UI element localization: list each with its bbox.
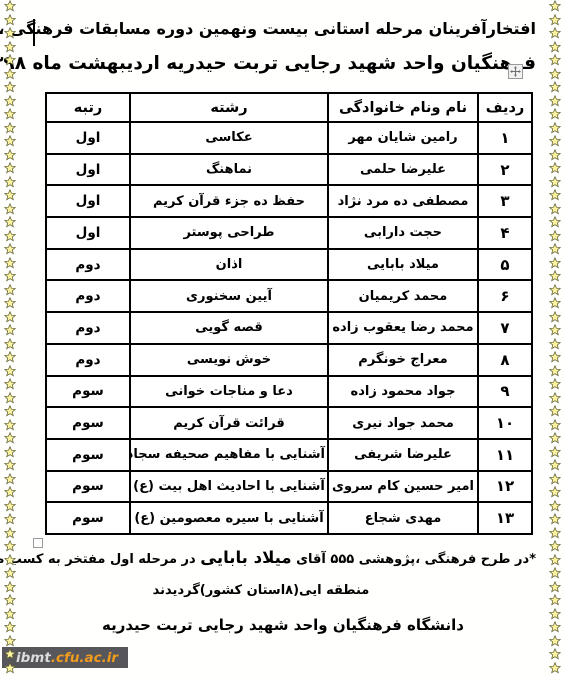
cell-rank: سوم — [46, 407, 130, 439]
star-icon — [549, 176, 561, 190]
table-row: ۱۱علیرضا شریفیآشنایی با مفاهیم صحیفه سجا… — [46, 439, 532, 471]
star-icon — [4, 419, 16, 433]
star-icon — [549, 540, 561, 554]
cell-rank: اول — [46, 217, 130, 249]
star-icon — [4, 0, 16, 14]
star-icon — [549, 459, 561, 473]
cell-rank: دوم — [46, 312, 130, 344]
star-icon — [549, 500, 561, 514]
star-icon — [4, 122, 16, 136]
star-icon — [4, 68, 16, 82]
star-icon — [4, 392, 16, 406]
star-icon — [4, 95, 16, 109]
cell-name: مصطفی ده مرد نژاد — [328, 185, 478, 217]
cell-field: آیین سخنوری — [130, 280, 328, 312]
star-icon — [549, 392, 561, 406]
cell-rank: دوم — [46, 280, 130, 312]
cell-rank: اول — [46, 154, 130, 186]
cell-rank: سوم — [46, 502, 130, 534]
cell-field: آشنایی با مفاهیم صحیفه سجادیه — [130, 439, 328, 471]
document-page: { "header": { "line1": "افتخارآفرینان مر… — [0, 0, 566, 677]
star-icon — [549, 567, 561, 581]
star-icon — [4, 446, 16, 460]
table-row: ۷محمد رضا یعقوب زادهقصه گوییدوم — [46, 312, 532, 344]
cell-row: ۱۰ — [478, 407, 532, 439]
star-icon — [549, 95, 561, 109]
cell-field: عکاسی — [130, 122, 328, 154]
star-icon — [4, 338, 16, 352]
cell-field: آشنایی با احادیث اهل بیت (ع) — [130, 471, 328, 503]
table-row: ۵میلاد باباییاذاندوم — [46, 249, 532, 281]
star-icon — [4, 432, 16, 446]
star-icon — [4, 662, 16, 676]
cell-row: ۱۱ — [478, 439, 532, 471]
cell-field: آشنایی با سیره معصومین (ع) — [130, 502, 328, 534]
cell-rank: سوم — [46, 376, 130, 408]
star-icon — [549, 365, 561, 379]
star-icon — [549, 378, 561, 392]
table-resize-handle[interactable] — [33, 538, 43, 548]
document-title: افتخارآفرینان مرحله استانی بیست ونهمین د… — [30, 12, 536, 82]
watermark-suffix: .cfu.ac.ir — [51, 650, 118, 666]
cell-row: ۷ — [478, 312, 532, 344]
footer-note-highlighted-name: میلاد بابایی — [200, 548, 291, 567]
star-icon — [549, 27, 561, 41]
star-icon — [549, 68, 561, 82]
star-icon — [549, 311, 561, 325]
star-icon — [549, 432, 561, 446]
cell-name: محمد جواد نیری — [328, 407, 478, 439]
star-icon — [4, 351, 16, 365]
star-icon — [549, 527, 561, 541]
cell-row: ۱۲ — [478, 471, 532, 503]
star-icon — [4, 554, 16, 568]
star-icon — [549, 351, 561, 365]
cell-field: خوش نویسی — [130, 344, 328, 376]
star-icon — [549, 581, 561, 595]
star-icon — [4, 243, 16, 257]
footer-region-line: منطقه ایی(۸استان کشور)گردیدند — [8, 578, 514, 604]
star-icon — [4, 500, 16, 514]
cell-rank: سوم — [46, 471, 130, 503]
star-icon — [4, 54, 16, 68]
cell-field: اذان — [130, 249, 328, 281]
title-line-2: فرهنگیان واحد شهید رجایی تربت حیدریه ارد… — [30, 46, 536, 82]
star-icon — [4, 81, 16, 95]
star-icon — [4, 135, 16, 149]
cell-field: نماهنگ — [130, 154, 328, 186]
footer-note: *در طرح فرهنگی ،پژوهشی ۵۵۵ آقای میلاد با… — [30, 545, 536, 573]
star-icon — [4, 176, 16, 190]
cell-row: ۱ — [478, 122, 532, 154]
star-icon — [4, 527, 16, 541]
star-icon — [4, 486, 16, 500]
table-row: ۸معراج خونگرمخوش نویسیدوم — [46, 344, 532, 376]
cell-rank: اول — [46, 122, 130, 154]
cell-row: ۸ — [478, 344, 532, 376]
column-header-name: نام ونام خانوادگی — [328, 93, 478, 122]
star-icon — [4, 311, 16, 325]
star-icon — [549, 162, 561, 176]
star-icon — [4, 324, 16, 338]
star-icon — [4, 216, 16, 230]
cell-field: قرائت قرآن کریم — [130, 407, 328, 439]
star-icon — [549, 621, 561, 635]
star-icon — [549, 594, 561, 608]
cell-rank: دوم — [46, 344, 130, 376]
star-icon — [549, 0, 561, 14]
cell-row: ۱۳ — [478, 502, 532, 534]
star-icon — [4, 270, 16, 284]
star-icon — [549, 257, 561, 271]
table-header-row: ردیف نام ونام خانوادگی رشته رتبه — [46, 93, 532, 122]
star-icon — [4, 405, 16, 419]
star-icon — [549, 486, 561, 500]
cell-field: قصه گویی — [130, 312, 328, 344]
star-icon — [549, 54, 561, 68]
star-icon — [4, 635, 16, 649]
star-border-left — [2, 0, 17, 677]
star-icon — [4, 473, 16, 487]
text-cursor — [33, 19, 35, 46]
cell-rank: دوم — [46, 249, 130, 281]
star-border-right — [547, 0, 562, 677]
table-row: ۹جواد محمود زادهدعا و مناجات خوانیسوم — [46, 376, 532, 408]
cell-row: ۴ — [478, 217, 532, 249]
cell-row: ۲ — [478, 154, 532, 186]
star-icon — [549, 149, 561, 163]
star-icon — [549, 189, 561, 203]
watermark-prefix: ibmt — [16, 650, 51, 666]
table-row: ۱۲امیر حسین کام سرویآشنایی با احادیث اهل… — [46, 471, 532, 503]
star-icon — [4, 540, 16, 554]
cell-name: علیرضا شریفی — [328, 439, 478, 471]
star-icon — [549, 216, 561, 230]
star-icon — [549, 297, 561, 311]
site-watermark: ibmt.cfu.ac.ir — [2, 647, 128, 668]
star-icon — [549, 135, 561, 149]
cell-name: محمد کریمیان — [328, 280, 478, 312]
star-icon — [549, 513, 561, 527]
title-line-1: افتخارآفرینان مرحله استانی بیست ونهمین د… — [30, 12, 536, 46]
column-header-field: رشته — [130, 93, 328, 122]
star-icon — [4, 108, 16, 122]
star-icon — [549, 230, 561, 244]
star-icon — [4, 189, 16, 203]
footer-note-prefix: *در طرح فرهنگی ،پژوهشی ۵۵۵ آقای — [292, 552, 536, 567]
star-icon — [4, 41, 16, 55]
star-icon — [549, 648, 561, 662]
star-icon — [4, 230, 16, 244]
cell-field: حفظ ده جزء قرآن کریم — [130, 185, 328, 217]
star-icon — [549, 446, 561, 460]
cell-row: ۵ — [478, 249, 532, 281]
table-row: ۴حجت دارابیطراحی پوستراول — [46, 217, 532, 249]
results-table-body: ۱رامین شایان مهرعکاسیاول۲علیرضا حلمینماه… — [46, 122, 532, 534]
star-icon — [549, 338, 561, 352]
star-icon — [4, 378, 16, 392]
star-icon — [4, 297, 16, 311]
column-header-row-number: ردیف — [478, 93, 532, 122]
star-icon — [4, 648, 16, 662]
results-table: ردیف نام ونام خانوادگی رشته رتبه ۱رامین … — [45, 92, 533, 535]
star-icon — [4, 621, 16, 635]
star-icon — [4, 513, 16, 527]
star-icon — [549, 324, 561, 338]
star-icon — [549, 122, 561, 136]
star-icon — [549, 243, 561, 257]
star-icon — [549, 41, 561, 55]
cell-row: ۶ — [478, 280, 532, 312]
cell-name: مهدی شجاع — [328, 502, 478, 534]
star-icon — [549, 554, 561, 568]
table-row: ۱۳مهدی شجاعآشنایی با سیره معصومین (ع)سوم — [46, 502, 532, 534]
star-icon — [4, 14, 16, 28]
star-icon — [549, 14, 561, 28]
star-icon — [549, 405, 561, 419]
cell-name: جواد محمود زاده — [328, 376, 478, 408]
star-icon — [549, 81, 561, 95]
star-icon — [4, 27, 16, 41]
footer-university-line: دانشگاه فرهنگیان واحد شهید رجایی تربت حی… — [30, 610, 536, 640]
star-icon — [549, 662, 561, 676]
cell-name: معراج خونگرم — [328, 344, 478, 376]
cell-name: محمد رضا یعقوب زاده — [328, 312, 478, 344]
table-move-handle-icon[interactable] — [508, 64, 523, 79]
star-icon — [549, 608, 561, 622]
cell-rank: اول — [46, 185, 130, 217]
table-row: ۱رامین شایان مهرعکاسیاول — [46, 122, 532, 154]
star-icon — [549, 635, 561, 649]
star-icon — [549, 203, 561, 217]
cell-name: رامین شایان مهر — [328, 122, 478, 154]
table-row: ۶محمد کریمیانآیین سخنوریدوم — [46, 280, 532, 312]
star-icon — [4, 149, 16, 163]
star-icon — [4, 567, 16, 581]
star-icon — [549, 108, 561, 122]
cell-field: دعا و مناجات خوانی — [130, 376, 328, 408]
cell-row: ۳ — [478, 185, 532, 217]
cell-name: حجت دارابی — [328, 217, 478, 249]
cell-name: امیر حسین کام سروی — [328, 471, 478, 503]
column-header-rank: رتبه — [46, 93, 130, 122]
footer-note-suffix: در مرحله اول مفتخر به کسب مقام دوم — [0, 552, 200, 567]
cell-name: علیرضا حلمی — [328, 154, 478, 186]
star-icon — [4, 459, 16, 473]
star-icon — [4, 581, 16, 595]
cell-row: ۹ — [478, 376, 532, 408]
star-icon — [549, 419, 561, 433]
cell-field: طراحی پوستر — [130, 217, 328, 249]
table-row: ۲علیرضا حلمینماهنگاول — [46, 154, 532, 186]
table-row: ۱۰محمد جواد نیریقرائت قرآن کریمسوم — [46, 407, 532, 439]
star-icon — [549, 284, 561, 298]
star-icon — [4, 257, 16, 271]
star-icon — [4, 365, 16, 379]
star-icon — [4, 203, 16, 217]
star-icon — [549, 270, 561, 284]
star-icon — [4, 608, 16, 622]
cell-rank: سوم — [46, 439, 130, 471]
cell-name: میلاد بابایی — [328, 249, 478, 281]
star-icon — [4, 162, 16, 176]
star-icon — [4, 284, 16, 298]
table-row: ۳مصطفی ده مرد نژادحفظ ده جزء قرآن کریماو… — [46, 185, 532, 217]
star-icon — [549, 473, 561, 487]
star-icon — [4, 594, 16, 608]
